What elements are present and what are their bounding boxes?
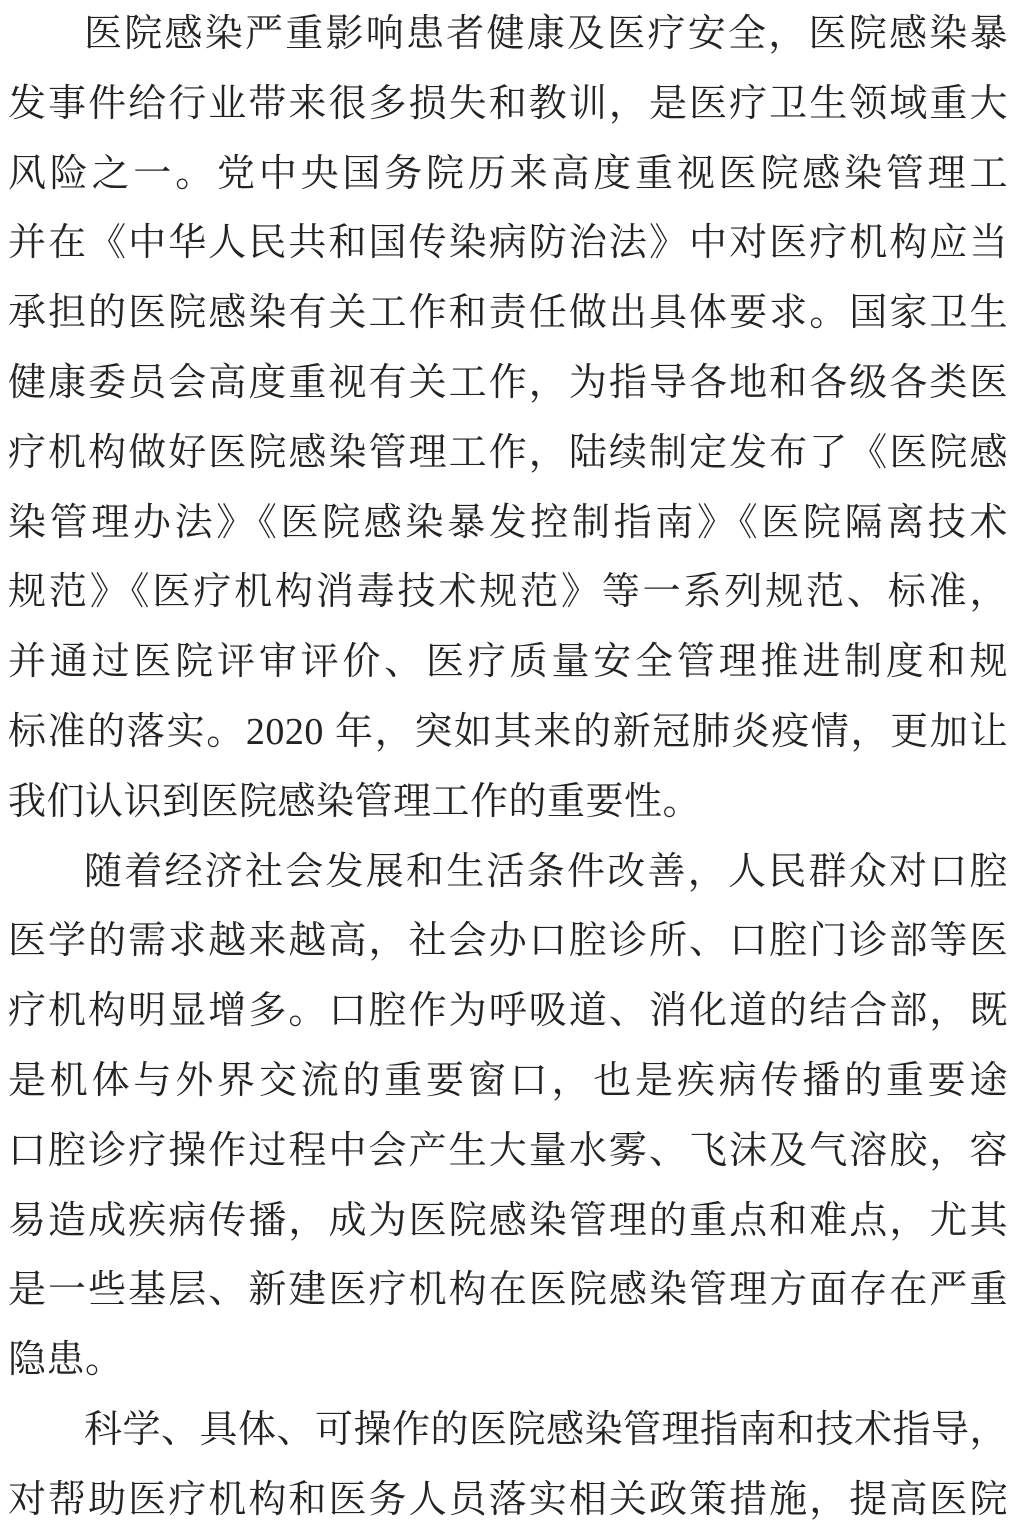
text-line: 规范》《医疗机构消毒技术规范》等一系列规范、标准， (8, 558, 1008, 628)
paragraph-1: 医院感染严重影响患者健康及医疗安全，医院感染暴 发事件给行业带来很多损失和教训，… (8, 0, 1008, 838)
text-line: 易造成疾病传播，成为医院感染管理的重点和难点，尤其 (8, 1187, 1008, 1257)
text-line: 医学的需求越来越高，社会办口腔诊所、口腔门诊部等医 (8, 907, 1008, 977)
text-line: 对帮助医疗机构和医务人员落实相关政策措施，提高医院 (8, 1466, 1008, 1536)
text-line: 承担的医院感染有关工作和责任做出具体要求。国家卫生 (8, 279, 1008, 349)
text-line: 隐患。 (8, 1326, 1008, 1396)
text-line: 并在《中华人民共和国传染病防治法》中对医疗机构应当 (8, 209, 1008, 279)
document-page: 医院感染严重影响患者健康及医疗安全，医院感染暴 发事件给行业带来很多损失和教训，… (0, 0, 1016, 1536)
text-line: 标准的落实。2020 年，突如其来的新冠肺炎疫情，更加让 (8, 698, 1008, 768)
text-line: 染管理办法》《医院感染暴发控制指南》《医院隔离技术 (8, 489, 1008, 559)
text-line: 医院感染严重影响患者健康及医疗安全，医院感染暴 (8, 0, 1008, 70)
text-line: 随着经济社会发展和生活条件改善，人民群众对口腔 (8, 838, 1008, 908)
text-line: 疗机构做好医院感染管理工作，陆续制定发布了《医院感 (8, 419, 1008, 489)
text-line: 健康委员会高度重视有关工作，为指导各地和各级各类医 (8, 349, 1008, 419)
text-line: 并通过医院评审评价、医疗质量安全管理推进制度和规范、 (8, 628, 1008, 698)
text-line: 发事件给行业带来很多损失和教训，是医疗卫生领域重大 (8, 70, 1008, 140)
text-line: 是一些基层、新建医疗机构在医院感染管理方面存在严重 (8, 1256, 1008, 1326)
text-line: 科学、具体、可操作的医院感染管理指南和技术指导， (8, 1396, 1008, 1466)
text-line: 是机体与外界交流的重要窗口，也是疾病传播的重要途径。 (8, 1047, 1008, 1117)
paragraph-2: 随着经济社会发展和生活条件改善，人民群众对口腔 医学的需求越来越高，社会办口腔诊… (8, 838, 1008, 1396)
text-line: 我们认识到医院感染管理工作的重要性。 (8, 768, 1008, 838)
text-line: 风险之一。党中央国务院历来高度重视医院感染管理工作， (8, 140, 1008, 210)
text-line: 口腔诊疗操作过程中会产生大量水雾、飞沫及气溶胶，容 (8, 1117, 1008, 1187)
paragraph-3: 科学、具体、可操作的医院感染管理指南和技术指导， 对帮助医疗机构和医务人员落实相… (8, 1396, 1008, 1536)
text-line: 疗机构明显增多。口腔作为呼吸道、消化道的结合部，既 (8, 977, 1008, 1047)
